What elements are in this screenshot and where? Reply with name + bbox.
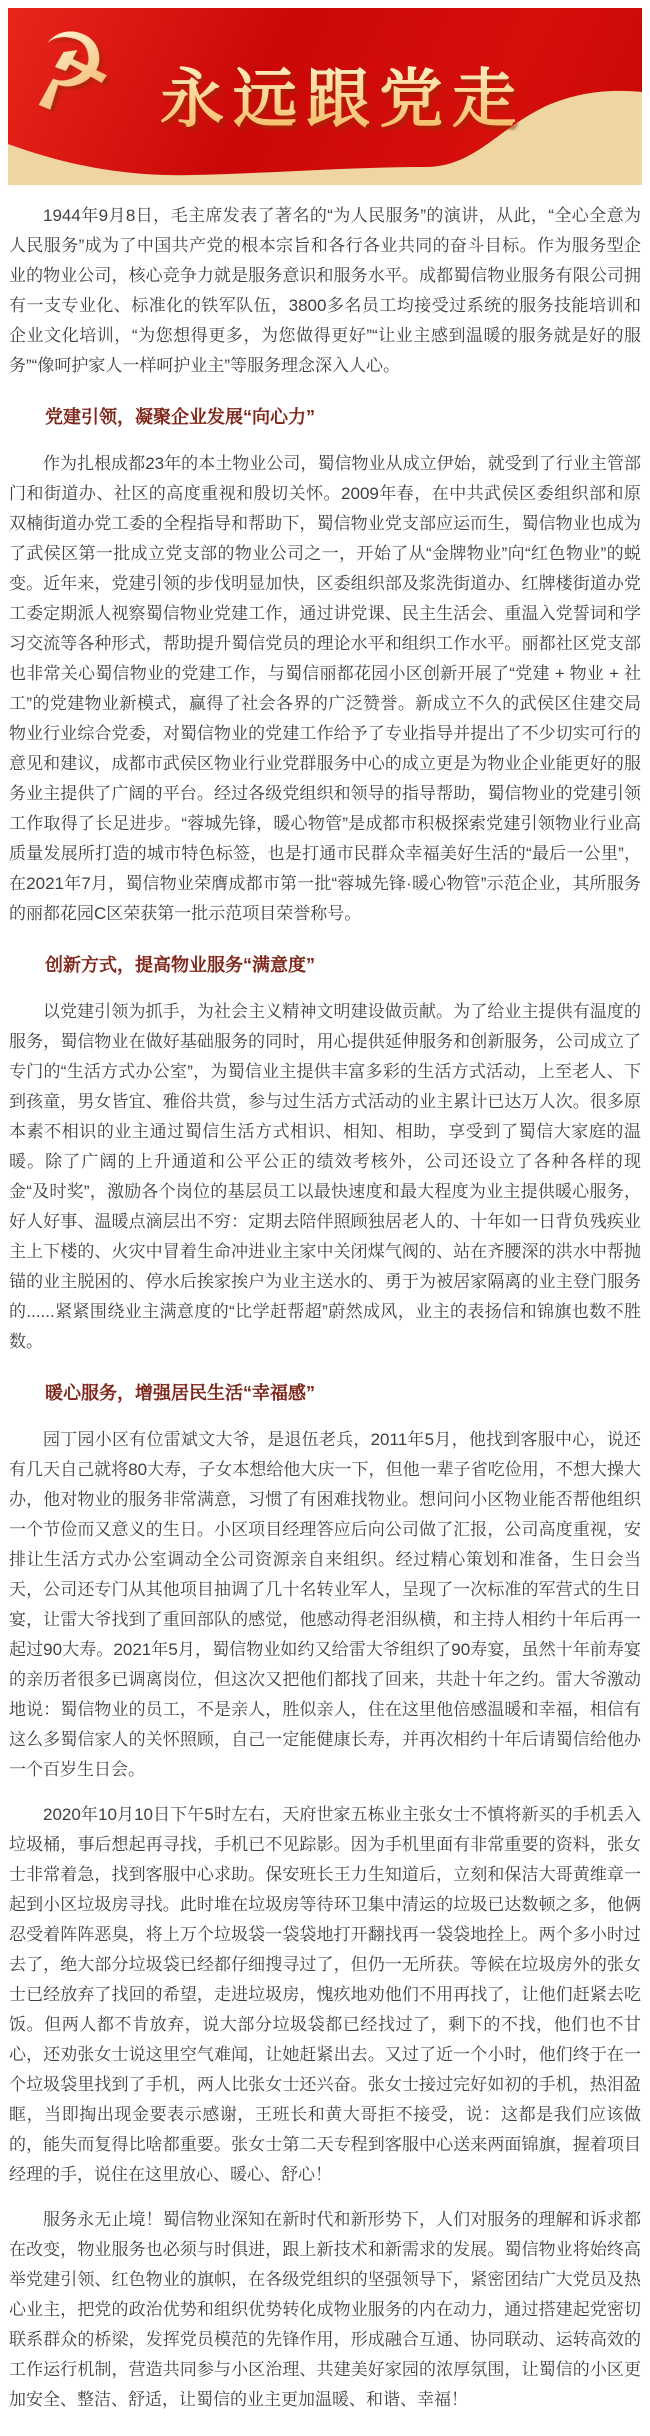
paragraph-conclusion: 服务永无止境！蜀信物业深知在新时代和新形势下，人们对服务的理解和诉求都在改变，物… (9, 2205, 641, 2415)
section-heading-innovation: 创新方式，提高物业服务“满意度” (9, 953, 641, 977)
article-page: ☭ 永远跟党走 1944年9月8日，毛主席发表了著名的“为人民服务”的演讲，从此… (0, 8, 650, 2436)
paragraph-intro: 1944年9月8日，毛主席发表了著名的“为人民服务”的演讲，从此，“全心全意为人… (9, 201, 641, 381)
banner-title: 永远跟党走 (160, 48, 525, 140)
section-heading-party-building: 党建引领，凝聚企业发展“向心力” (9, 405, 641, 429)
paragraph-phone-story: 2020年10月10日下午5时左右，天府世家五栋业主张女士不慎将新买的手机丢入垃… (9, 1800, 641, 2190)
article-body: 1944年9月8日，毛主席发表了著名的“为人民服务”的演讲，从此，“全心全意为人… (0, 185, 650, 2436)
paragraph-innovation: 以党建引领为抓手，为社会主义精神文明建设做贡献。为了给业主提供有温度的服务，蜀信… (9, 997, 641, 1357)
paragraph-birthday-story: 园丁园小区有位雷斌文大爷，是退伍老兵，2011年5月，他找到客服中心，说还有几天… (9, 1425, 641, 1785)
paragraph-party-building: 作为扎根成都23年的本土物业公司，蜀信物业从成立伊始，就受到了行业主管部门和街道… (9, 449, 641, 929)
section-heading-warm-service: 暖心服务，增强居民生活“幸福感” (9, 1381, 641, 1405)
banner: ☭ 永远跟党走 (8, 8, 642, 185)
